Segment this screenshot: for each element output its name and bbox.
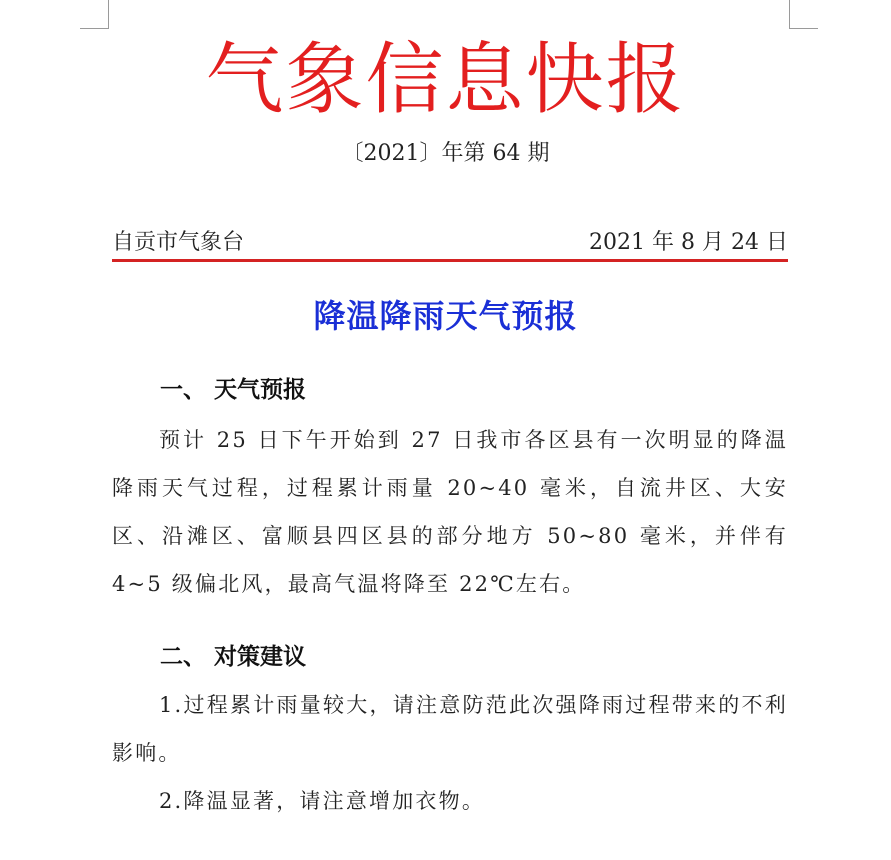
- page-corner-mark-right: [789, 0, 818, 29]
- advice-item-2: 2.降温显著，请注意增加衣物。: [112, 777, 788, 825]
- issue-date: 2021 年 8 月 24 日: [589, 225, 788, 256]
- forecast-paragraph: 预计 25 日下午开始到 27 日我市各区县有一次明显的降温降雨天气过程，过程累…: [112, 416, 788, 608]
- masthead-title: 气象信息快报: [0, 30, 891, 130]
- section-heading-advice: 二、 对策建议: [160, 640, 306, 674]
- section-heading-forecast: 一、 天气预报: [160, 373, 306, 407]
- issuer-date-row: 自贡市气象台 2021 年 8 月 24 日: [112, 222, 788, 258]
- page-corner-mark-left: [80, 0, 109, 29]
- advice-item-1: 1.过程累计雨量较大，请注意防范此次强降雨过程带来的不利影响。: [112, 681, 788, 777]
- issue-number: 〔2021〕年第 64 期: [0, 138, 891, 170]
- red-divider-rule: [112, 259, 788, 262]
- issuer-name: 自贡市气象台: [112, 225, 244, 256]
- document-title: 降温降雨天气预报: [0, 292, 891, 340]
